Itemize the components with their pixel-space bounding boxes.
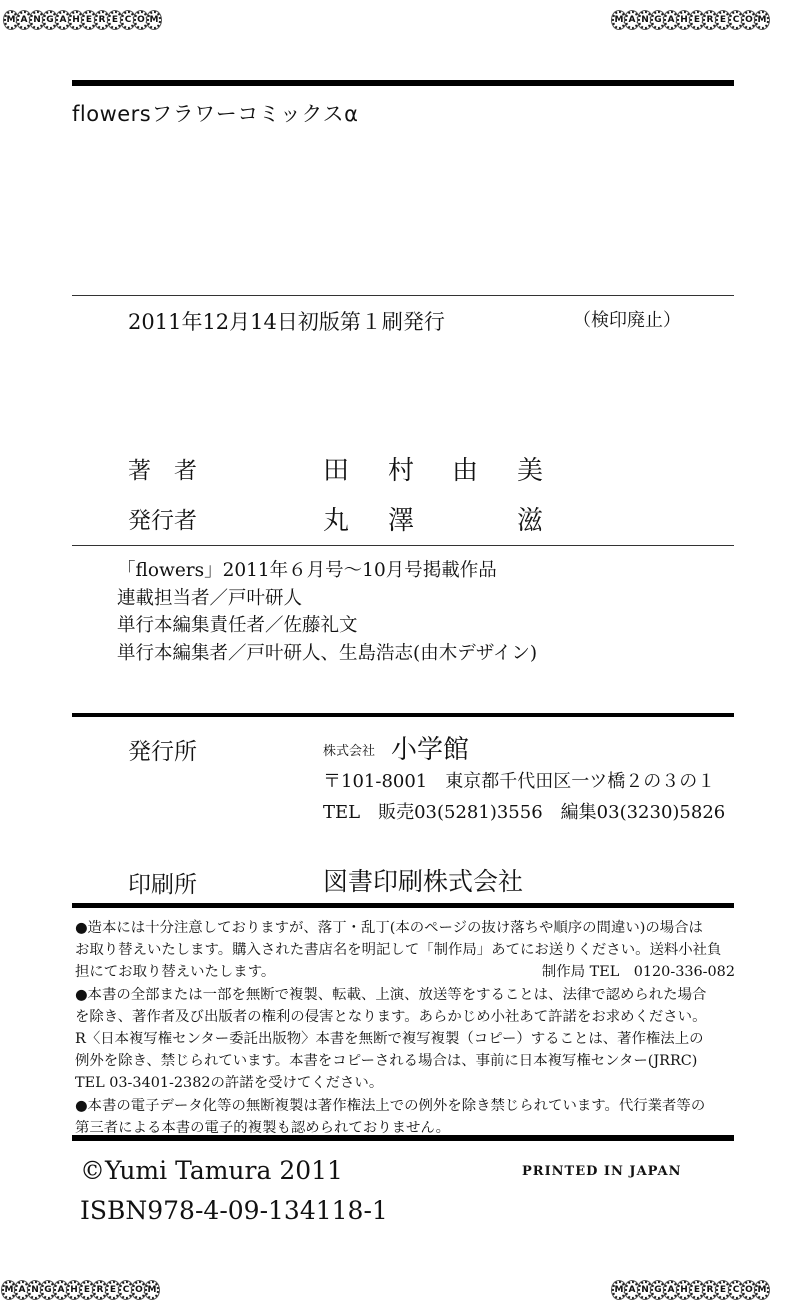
publisher-company-label: 発行所 [128,733,197,766]
watermark-letter: C [729,1281,743,1299]
watermark-letter: E [690,11,704,29]
watermark-letter: C [119,1281,133,1299]
legal-notices: ●造本には十分注意しておりますが、落丁・乱丁(本のページの抜け落ちや順序の間違い… [75,917,735,1139]
watermark-letter: A [54,1281,68,1299]
people-rule [72,545,734,546]
notice-line: 第三者による本書の電子的複製も認められておりません。 [75,1117,735,1139]
watermark-letter: C [121,11,135,29]
watermark-bottom-left: MANGAHERECOM [2,1280,158,1300]
watermark-letter: H [67,1281,81,1299]
watermark-letter: M [2,1281,16,1299]
publisher-company-name: 小学館 [391,729,469,766]
watermark-letter: H [677,1281,691,1299]
notice-line: ●造本には十分注意しておりますが、落丁・乱丁(本のページの抜け落ちや順序の間違い… [75,917,735,939]
watermark-letter: N [638,11,652,29]
notice-line: TEL 03-3401-2382の許諾を受けてください。 [75,1072,735,1094]
watermark-letter: A [664,1281,678,1299]
notice-line: お取り替えいたします。購入された書店名を明記して「制作局」あてにお送りください。… [75,939,735,961]
author-name-char: 美 [517,450,543,487]
credit-line: 連載担当者／戸叶研人 [117,585,537,613]
author-name-char: 田 [323,450,349,487]
watermark-letter: G [651,1281,665,1299]
watermark-letter: C [729,11,743,29]
publisher-rule [72,713,734,717]
publisher-company-prefix: 株式会社 [323,740,375,759]
watermark-letter: O [134,11,148,29]
watermark-letter: E [82,11,96,29]
watermark-letter: A [625,11,639,29]
credits-block: 「flowers」2011年６月号～10月号掲載作品 連載担当者／戸叶研人 単行… [117,557,537,667]
watermark-letter: R [93,1281,107,1299]
author-name-char: 村 [388,450,414,487]
notice-line: を除き、著作者及び出版者の権利の侵害となります。あらかじめ小社あて許諾をお求めく… [75,1006,735,1028]
date-rule [72,295,734,296]
watermark-letter: M [4,11,18,29]
watermark-letter: M [612,11,626,29]
watermark-letter: N [30,11,44,29]
publisher-phone: TEL 販売03(5281)3556 編集03(3230)5826 [323,798,725,824]
publication-date: 2011年12月14日初版第１刷発行 [128,306,445,336]
isbn: ISBN978-4-09-134118-1 [80,1196,388,1225]
notice-line-with-contact: 担にてお取り替えいたします。 制作局 TEL 0120-336-082 [75,961,735,983]
watermark-letter: R [703,1281,717,1299]
watermark-letter: E [108,11,122,29]
watermark-letter: G [41,1281,55,1299]
watermark-top-left: MANGAHERECOM [4,10,160,30]
watermark-letter: N [638,1281,652,1299]
watermark-letter: E [80,1281,94,1299]
watermark-letter: H [677,11,691,29]
notice-rule [72,903,734,908]
watermark-letter: O [742,11,756,29]
watermark-letter: A [625,1281,639,1299]
watermark-letter: E [716,11,730,29]
watermark-letter: R [95,11,109,29]
series-title: flowersフラワーコミックスα [72,98,358,128]
printed-in-japan: PRINTED IN JAPAN [522,1164,681,1179]
top-rule [72,80,734,86]
printer-name: 図書印刷株式会社 [323,862,523,898]
watermark-bottom-right: MANGAHERECOM [612,1280,768,1300]
watermark-letter: M [145,1281,159,1299]
copyright: ©Yumi Tamura 2011 [80,1156,343,1185]
publisher-person-name-char: 丸 [323,500,349,537]
watermark-letter: A [15,1281,29,1299]
notice-line: R〈日本複写権センター委託出版物〉本書を無断で複写複製（コピー）することは、著作… [75,1028,735,1050]
watermark-letter: A [17,11,31,29]
stamp-abolished-note: （検印廃止） [573,306,681,332]
watermark-letter: H [69,11,83,29]
watermark-letter: A [56,11,70,29]
watermark-letter: O [742,1281,756,1299]
publisher-person-name-char: 澤 [388,500,414,537]
watermark-letter: E [106,1281,120,1299]
watermark-letter: A [664,11,678,29]
watermark-letter: G [43,11,57,29]
credit-line: 単行本編集者／戸叶研人、生島浩志(由木デザイン) [117,640,537,668]
notice-line: ●本書の電子データ化等の無断複製は著作権法上での例外を除き禁じられています。代行… [75,1095,735,1117]
watermark-letter: M [755,1281,769,1299]
credit-line: 単行本編集責任者／佐藤礼文 [117,612,537,640]
author-label: 著 者 [128,452,197,485]
notice-line: ●本書の全部または一部を無断で複製、転載、上演、放送等をすることは、法律で認めら… [75,984,735,1006]
watermark-letter: M [755,11,769,29]
publisher-address: 〒101-8001 東京都千代田区一ツ橋２の３の１ [323,767,715,793]
watermark-letter: E [690,1281,704,1299]
credit-line: 「flowers」2011年６月号～10月号掲載作品 [117,557,537,585]
watermark-letter: M [147,11,161,29]
production-dept-phone: 制作局 TEL 0120-336-082 [542,961,735,983]
watermark-top-right: MANGAHERECOM [612,10,768,30]
publisher-person-label: 発行者 [128,502,197,535]
publisher-person-name-char: 滋 [517,500,543,537]
watermark-letter: M [612,1281,626,1299]
watermark-letter: E [716,1281,730,1299]
notice-tail-text: 担にてお取り替えいたします。 [75,961,275,983]
notice-line: 例外を除き、禁じられています。本書をコピーされる場合は、事前に日本複写権センター… [75,1050,735,1072]
watermark-letter: N [28,1281,42,1299]
watermark-letter: G [651,11,665,29]
printer-label: 印刷所 [128,866,197,899]
author-name-char: 由 [452,450,478,487]
watermark-letter: R [703,11,717,29]
watermark-letter: O [132,1281,146,1299]
